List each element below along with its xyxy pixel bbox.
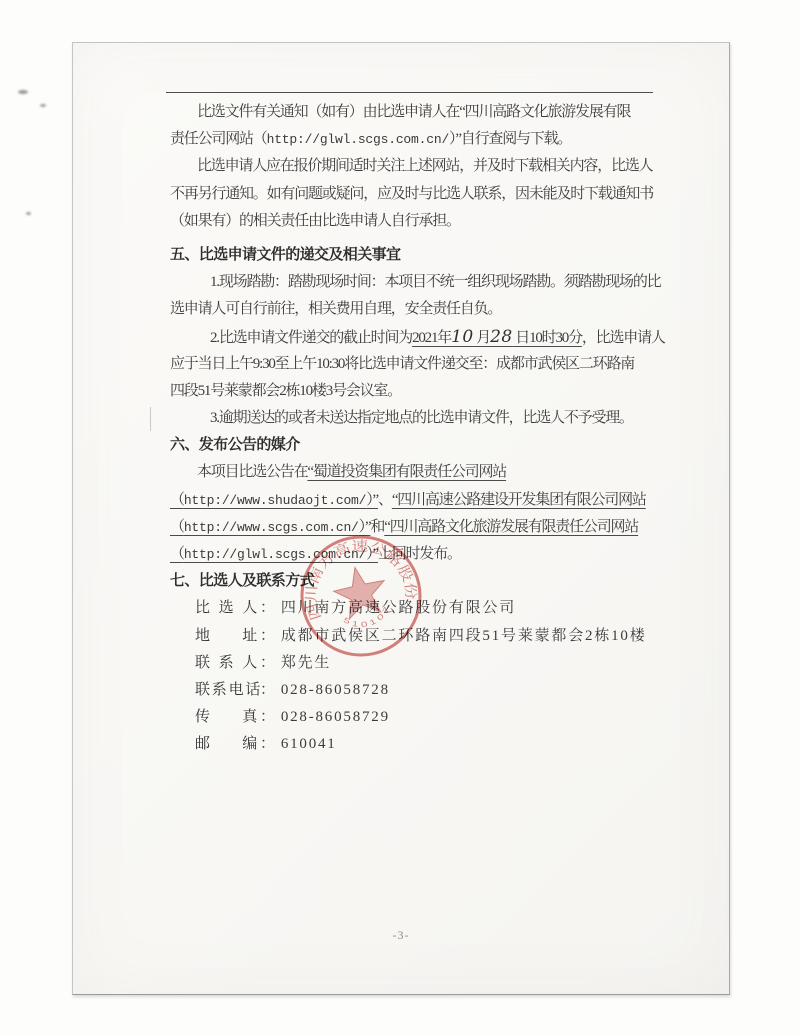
- text-segment: 比选申请人应在报价期间适时关注上述网站，并及时下载相关内容，比选人: [197, 158, 652, 174]
- text-segment: 2.比选申请文件递交的截止时间为: [210, 330, 412, 346]
- text-segment: 1.现场踏勘：踏勘现场时间：本项目不统一组织现场踏勘。须踏勘现场的比: [210, 274, 660, 290]
- text-line: 3.逾期送达的或者未送达指定地点的比选申请文件，比选人不予受理。: [170, 405, 654, 432]
- text-segment: “蜀道投资集团有限责任公司网站: [307, 464, 506, 480]
- contact-label: 比选人: [195, 595, 259, 622]
- contact-label: 邮编: [195, 731, 259, 758]
- document-page: 比选文件有关通知（如有）由比选申请人在“四川高路文化旅游发展有限责任公司网站（h…: [72, 42, 730, 995]
- contact-label: 联系人: [195, 650, 259, 677]
- text-segment: “四川高速公路建设开发集团有限公司网站: [392, 492, 646, 508]
- scan-artifact-line: [150, 407, 151, 431]
- text-segment: （: [170, 519, 184, 535]
- contact-row: 联系电话：028-86058728: [195, 677, 654, 704]
- text-segment: （如果有）的相关责任由比选申请人自行承担。: [170, 213, 460, 229]
- text-segment: （: [170, 546, 184, 562]
- text-segment: 四段51号莱蒙都会2栋10楼3号会议室。: [170, 383, 401, 399]
- text-segment: 选申请人可自行前往，相关费用自理，安全责任自负。: [170, 301, 501, 317]
- text-segment: ，比选申请人: [582, 330, 665, 346]
- top-rule: [166, 92, 653, 93]
- text-segment: ）”: [366, 492, 378, 508]
- text-segment: 应于当日上午9:30至上午10:30将比选申请文件递交至：成都市武侯区二环路南: [170, 356, 634, 372]
- text-line: （http://www.shudaojt.com/）”、“四川高速公路建设开发集…: [170, 487, 654, 514]
- contact-row: 传真：028-86058729: [195, 704, 654, 731]
- scan-speck: [26, 212, 31, 215]
- text-line: 责任公司网站（http://glwl.scgs.com.cn/）”自行查阅与下载…: [170, 126, 654, 153]
- text-segment: ）”自行查阅与下载。: [449, 131, 571, 147]
- text-line: 不再另行通知。如有问题或疑问，应及时与比选人联系，因未能及时下载通知书: [170, 181, 654, 208]
- text-line: 应于当日上午9:30至上午10:30将比选申请文件递交至：成都市武侯区二环路南: [170, 351, 654, 378]
- text-segment: 月: [474, 330, 490, 346]
- text-line: 本项目比选公告在“蜀道投资集团有限责任公司网站: [170, 459, 654, 486]
- section-heading: 六、发布公告的媒介: [170, 432, 654, 459]
- contact-label: 地址: [195, 623, 259, 650]
- contact-value: 610041: [281, 736, 337, 752]
- text-segment: 、: [378, 492, 392, 508]
- text-segment: 责任公司网站（: [170, 131, 267, 147]
- handwritten-date-number: 28: [490, 327, 513, 347]
- text-line: 四段51号莱蒙都会2栋10楼3号会议室。: [170, 378, 654, 405]
- text-line: 选申请人可自行前往，相关费用自理，安全责任自负。: [170, 296, 654, 323]
- section-heading: 五、比选申请文件的递交及相关事宜: [170, 242, 654, 269]
- scan-speck: [40, 104, 46, 107]
- scan-speck: [18, 90, 28, 94]
- scan-background: { "page": { "number_label": "-3-" }, "st…: [0, 0, 800, 1035]
- page-number: -3-: [73, 928, 729, 943]
- text-segment: 2021年: [412, 330, 451, 346]
- contact-label: 联系电话: [195, 677, 259, 704]
- contact-value: 028-86058728: [281, 682, 390, 698]
- contact-colon: ：: [260, 655, 277, 671]
- text-line: （如果有）的相关责任由比选申请人自行承担。: [170, 208, 654, 235]
- text-line: 比选文件有关通知（如有）由比选申请人在“四川高路文化旅游发展有限: [170, 99, 654, 126]
- contact-colon: ：: [260, 600, 277, 616]
- contact-colon: ：: [260, 628, 277, 644]
- contact-row: 邮编：610041: [195, 731, 654, 758]
- text-segment: 3.逾期送达的或者未送达指定地点的比选申请文件，比选人不予受理。: [210, 410, 633, 426]
- text-segment: 本项目比选公告在: [197, 464, 307, 480]
- text-segment: （: [170, 492, 184, 508]
- contact-colon: ：: [260, 709, 277, 725]
- text-segment: 日10时30分: [513, 330, 582, 346]
- contact-value: 028-86058729: [281, 709, 390, 725]
- handwritten-date-number: 10: [451, 327, 474, 347]
- contact-label: 传真: [195, 704, 259, 731]
- text-segment: 不再另行通知。如有问题或疑问，应及时与比选人联系，因未能及时下载通知书: [170, 186, 653, 202]
- company-seal-stamp: 四川南方高速公路股份有限公司 51010758: [286, 521, 436, 671]
- contact-colon: ：: [260, 682, 277, 698]
- text-line: 比选申请人应在报价期间适时关注上述网站，并及时下载相关内容，比选人: [170, 153, 654, 180]
- contact-colon: ：: [260, 736, 277, 752]
- text-line: 2.比选申请文件递交的截止时间为2021年10 月28 日10时30分，比选申请…: [170, 324, 654, 351]
- text-segment: 比选文件有关通知（如有）由比选申请人在“四川高路文化旅游发展有限: [197, 104, 630, 120]
- text-line: 1.现场踏勘：踏勘现场时间：本项目不统一组织现场踏勘。须踏勘现场的比: [170, 269, 654, 296]
- url-text: http://www.shudaojt.com/: [184, 493, 366, 508]
- url-text: http://glwl.scgs.com.cn/: [267, 132, 449, 147]
